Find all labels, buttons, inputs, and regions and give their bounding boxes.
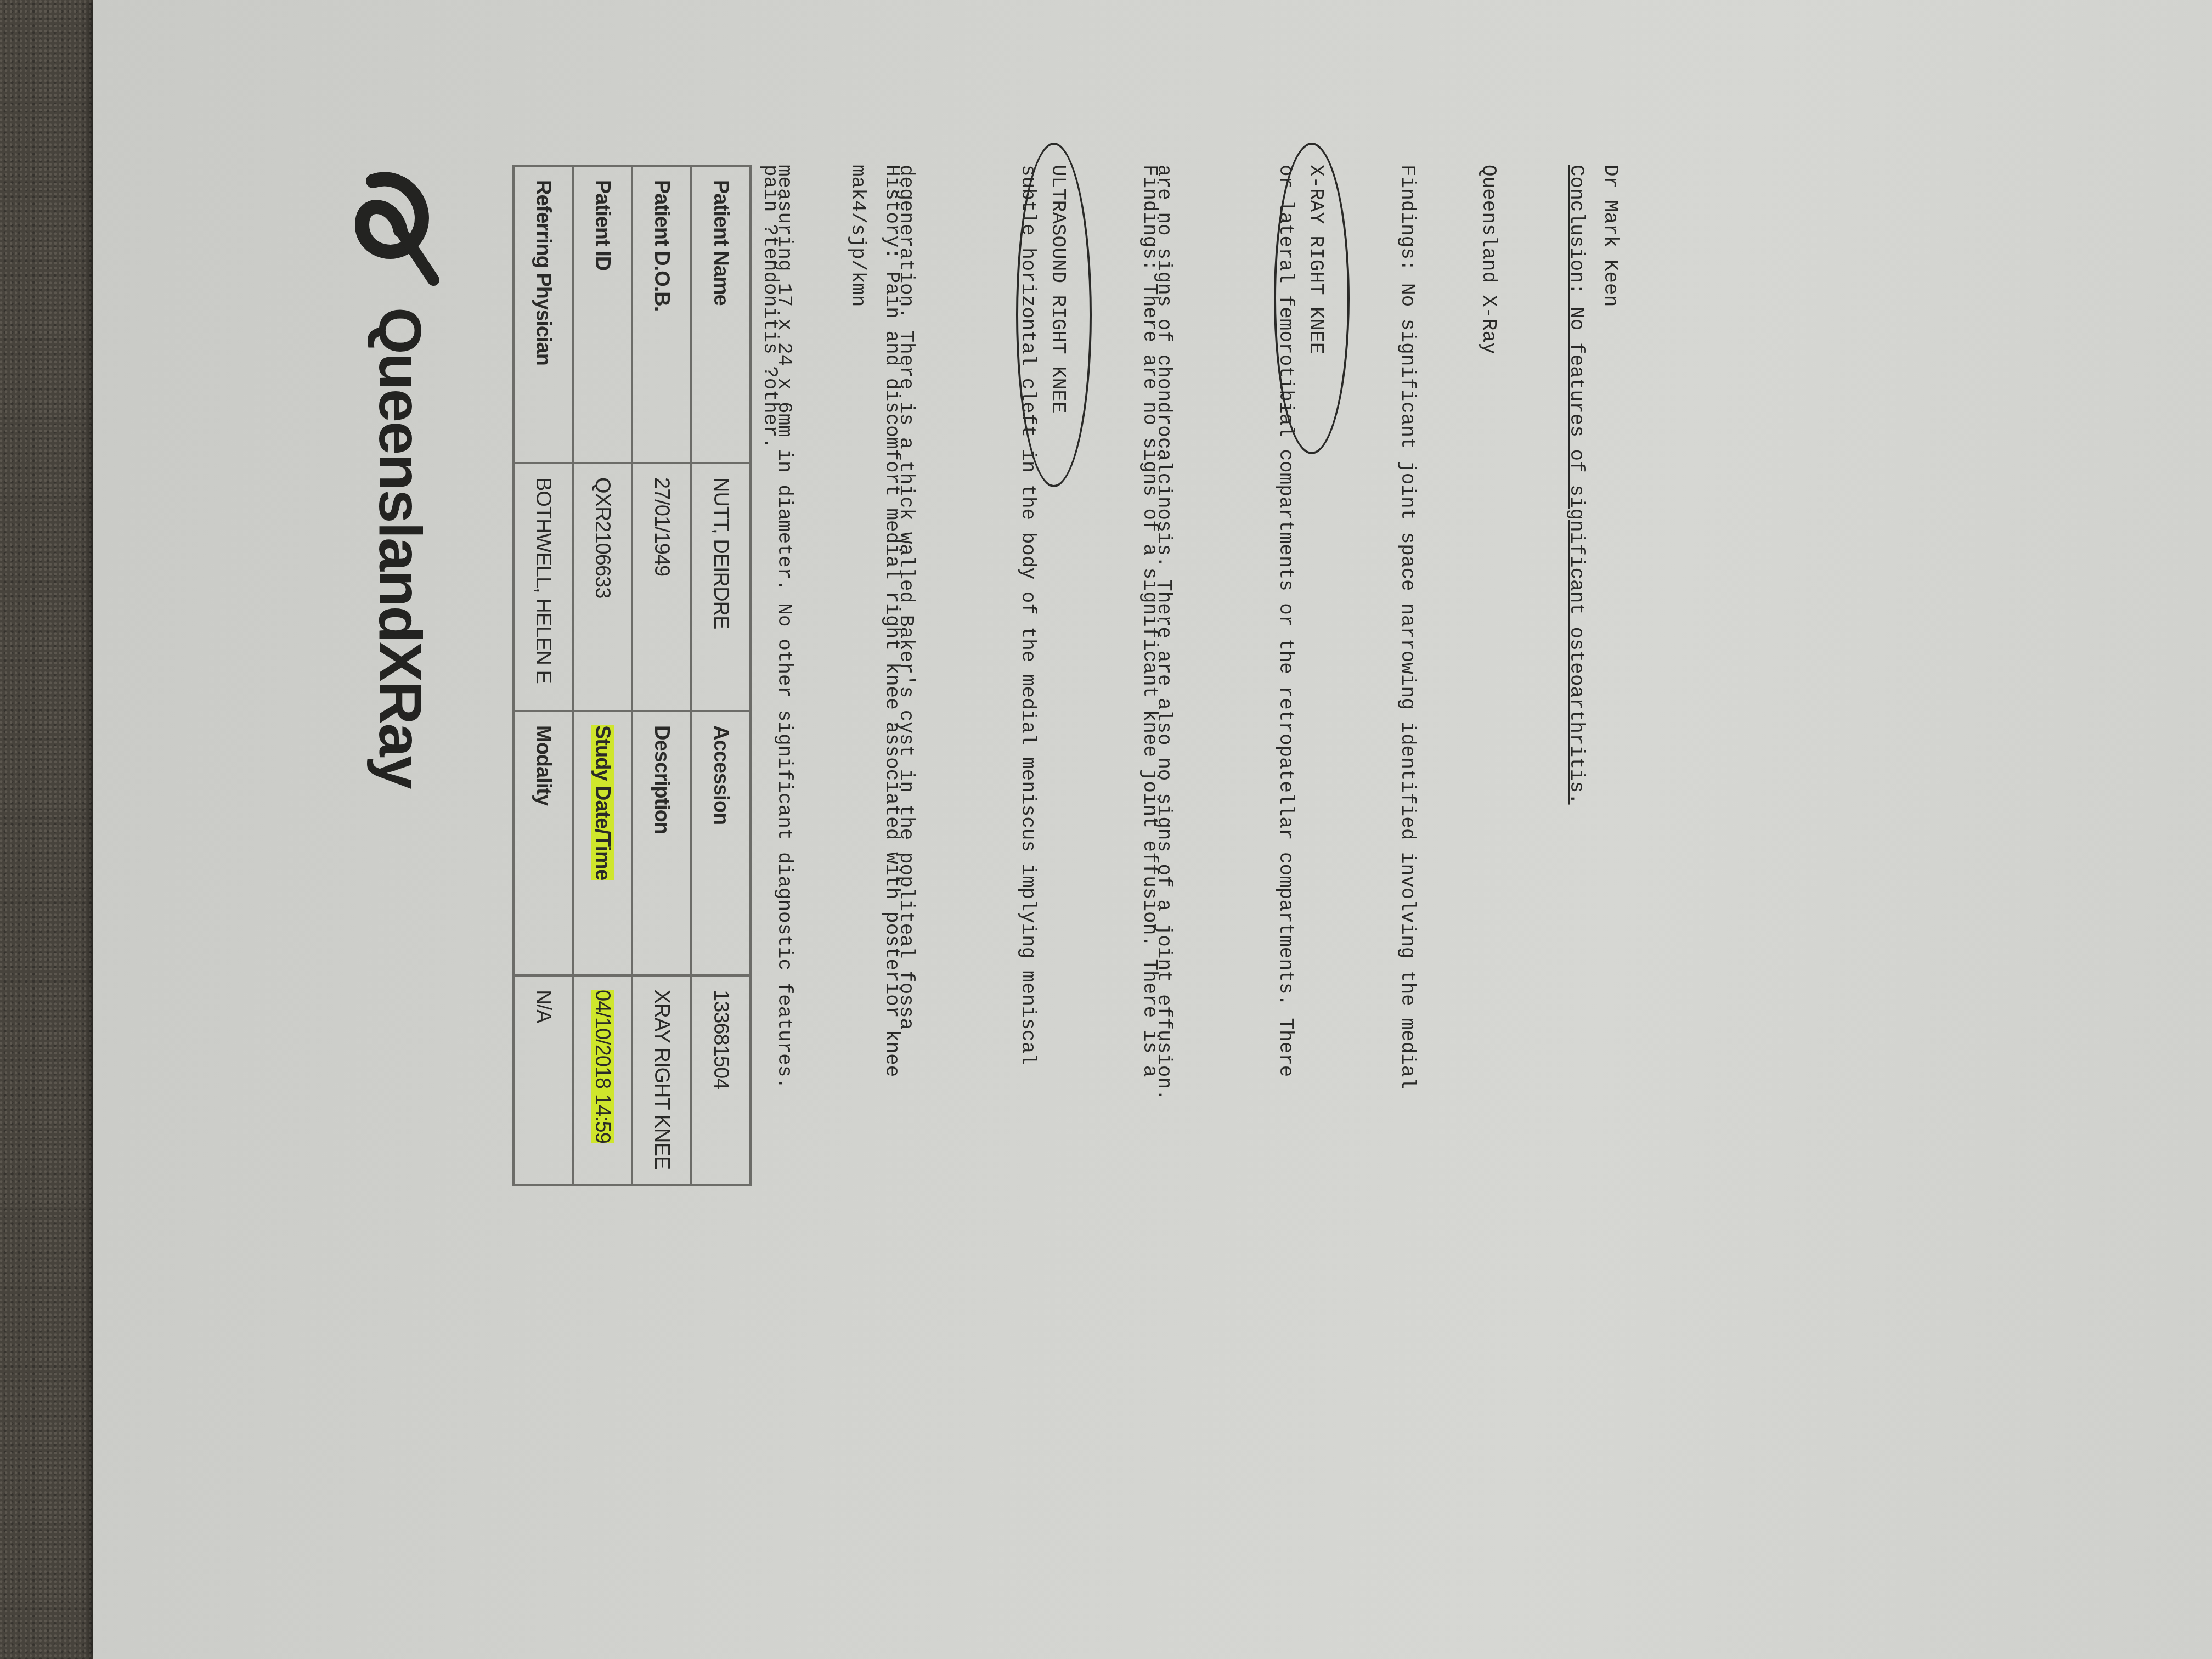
label-modality: Modality (513, 711, 573, 975)
findings-line: or lateral femorotibial compartments or … (1265, 165, 1306, 1101)
findings-line: measuring 17 x 24 x 6mm in diameter. No … (764, 165, 804, 1089)
value-modality: N/A (513, 975, 573, 1185)
brand-name: QueenslandXRay (366, 307, 436, 788)
report-page: QueenslandXRay Patient Name NUTT, DEIRDR… (181, 0, 1607, 1659)
findings-line: are no signs of chondrocalcinosis. There… (1143, 165, 1184, 1101)
findings-line: degeneration. There is a thick walled Ba… (885, 165, 926, 1089)
table-row: Referring Physician BOTHWELL, HELEN E Mo… (513, 166, 573, 1185)
label-study-date-time: Study Date/Time (591, 725, 614, 880)
table-row: Patient ID QXR2106633 Study Date/Time 04… (573, 166, 632, 1185)
signature-organisation: Queensland X-Ray (1468, 165, 1509, 354)
value-patient-id: QXR2106633 (573, 463, 632, 711)
brand-header: QueenslandXRay (346, 165, 455, 788)
findings-line: subtle horizontal cleft in the body of t… (1007, 165, 1048, 1089)
value-referring-physician: BOTHWELL, HELEN E (513, 463, 573, 711)
label-patient-id: Patient ID (573, 166, 632, 463)
paper-sheet: QueenslandXRay Patient Name NUTT, DEIRDR… (93, 0, 2212, 1659)
signature-block: Dr Mark Keen Queensland X-Ray (1387, 165, 1712, 354)
label-referring-physician: Referring Physician (513, 166, 573, 463)
signature-name: Dr Mark Keen (1590, 165, 1630, 354)
queensland-xray-logo-icon (346, 165, 455, 291)
value-study-date-time: 04/10/2018 14:59 (591, 990, 614, 1143)
